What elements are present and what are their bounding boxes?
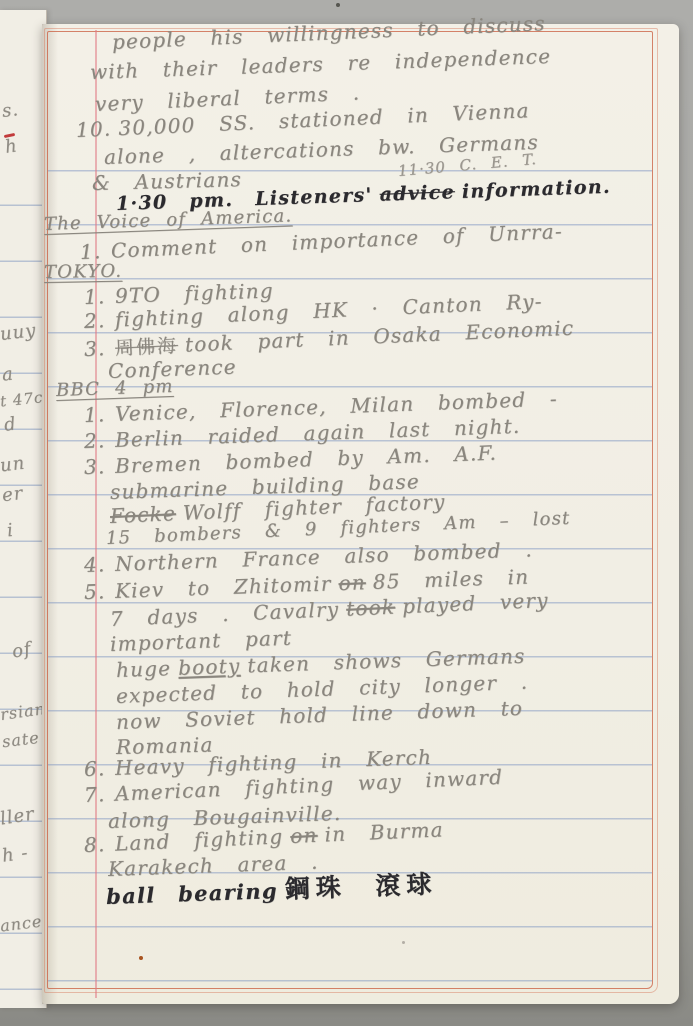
line-number: 1. (84, 402, 109, 427)
page-fragment: s. (1, 99, 20, 122)
dust-speck (402, 941, 405, 944)
page-fragment: un (0, 453, 26, 477)
line-number: 6. (84, 756, 109, 781)
page-fragment: h - (1, 842, 30, 866)
struck-word: took (346, 595, 396, 621)
struck-word: on (338, 570, 366, 595)
dust-speck (139, 956, 143, 960)
line-number: 8. (83, 832, 108, 857)
page-fragment: of (10, 638, 33, 662)
struck-word: advice (379, 181, 455, 206)
line-number: 2. (83, 308, 108, 333)
struck-word: Focke (109, 501, 176, 528)
line-number: 5. (84, 579, 109, 604)
line-text: BBC 4 pm (56, 376, 174, 401)
line-number: 1. (84, 284, 109, 309)
line-number: 3. (83, 336, 108, 361)
page-fragment: h (4, 135, 19, 158)
page-fragment: er (1, 483, 25, 506)
dust-speck (336, 3, 340, 7)
station-heading-tokyo: TOKYO. (44, 261, 130, 283)
facing-page-ruled-lines (0, 150, 44, 1010)
page-fragment: uuy (0, 320, 38, 345)
line-text: huge (116, 656, 172, 682)
line-number: 3. (84, 454, 109, 479)
scanned-notebook-photo: s. h uuy a t 47c. d un er i of rsian sat… (0, 0, 693, 1026)
line-number: 7. (83, 782, 108, 807)
line-text: ball bearing (106, 878, 279, 909)
page-fragment: d (3, 413, 18, 436)
line-text: TOKYO. (44, 261, 123, 283)
line-number: 2. (84, 428, 109, 453)
line-number: 10. (75, 116, 111, 142)
line-number: 4. (84, 552, 109, 577)
station-heading-bbc: BBC 4 pm (56, 376, 181, 401)
cjk-characters: 鋼珠 滾球 (284, 869, 438, 903)
page-fragment: a (1, 363, 15, 385)
struck-word: on (290, 823, 318, 848)
underlined-word: booty (178, 654, 241, 680)
